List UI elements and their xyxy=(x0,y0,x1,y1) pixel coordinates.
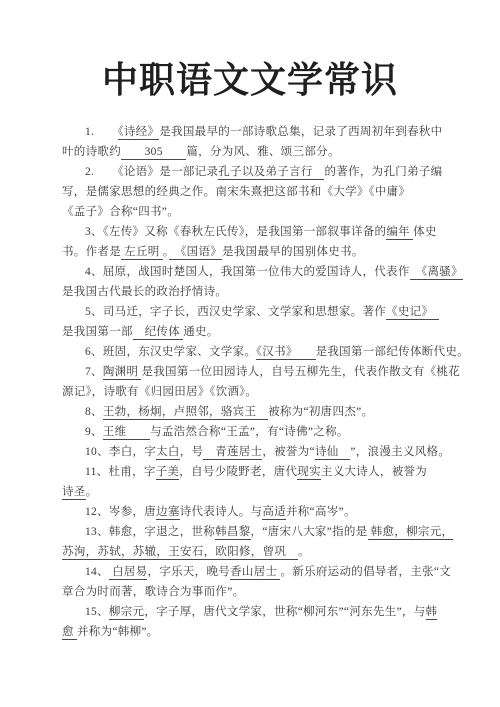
knowledge-list: 1. 《诗经》是我国最早的一部诗歌总集，记录了西周初年到春秋中叶的诗歌约 305… xyxy=(0,122,500,642)
blank-answer: 王维 xyxy=(103,426,150,440)
text-run: 12、岑参，唐 xyxy=(85,506,156,518)
text-run: ，号 xyxy=(180,446,204,458)
list-item: 12、岑参，唐边塞诗代表诗人。与高适并称“高岑”。 xyxy=(62,502,480,522)
text-run: ，字子厚，唐代文学家，世称“柳河东”“河东先生”，与 xyxy=(144,606,425,618)
blank-answer: 香山居士 xyxy=(230,566,280,580)
text-run: 并称“高岑”。 xyxy=(286,506,356,518)
text-run: 《孟子》合称“四书”。 xyxy=(62,206,179,218)
blank-answer: 《国语》 xyxy=(169,246,222,260)
text-run: 体史 xyxy=(413,226,437,238)
text-run: 主义大诗人，被誉为 xyxy=(321,466,427,478)
text-run: 是我国古代最长的政治抒情诗。 xyxy=(62,286,227,298)
blank-answer: 韩愈，柳宗元， xyxy=(368,526,454,540)
text-run: 书。作者是 xyxy=(62,246,121,258)
blank-answer: 《史记》 xyxy=(386,306,439,320)
text-run: 与孟浩然合称“王孟”，有“诗佛”之称。 xyxy=(150,426,349,438)
text-run: 。 xyxy=(298,546,310,558)
list-item: 2. 《论语》是一部记录孔子以及弟子言行 的著作，为孔门弟子编写，是儒家思想的经… xyxy=(62,162,480,222)
text-run: 2. xyxy=(85,166,118,178)
blank-answer: 现实 xyxy=(297,466,321,480)
text-run: 1. xyxy=(85,126,118,138)
blank-answer: 韩昌黎 xyxy=(215,526,250,540)
text-run: 源记》，诗歌有《归园田居》《饮酒》。 xyxy=(62,386,257,398)
text-run: ”，浪漫主义风格。 xyxy=(350,446,450,458)
text-run: 的著作，为孔门弟子编 xyxy=(324,166,442,178)
list-item: 15、柳宗元，字子厚，唐代文学家，世称“柳河东”“河东先生”，与韩愈 并称为“韩… xyxy=(62,602,480,642)
text-run: ，被誉为“ xyxy=(262,446,315,458)
blank-answer: 苏洵，苏轼，苏辙，王安石，欧阳修，曾巩 xyxy=(62,546,298,560)
blank-answer: 韩 xyxy=(426,606,438,620)
list-item: 11、杜甫，字子美，自号少陵野老，唐代现实主义大诗人，被誉为诗圣。 xyxy=(62,462,480,502)
text-run: 被称为“初唐四杰”。 xyxy=(268,406,373,418)
text-run: ，“唐宋八大家”指的是 xyxy=(251,526,368,538)
text-run: 诗代表诗人。与 xyxy=(180,506,263,518)
blank-answer: 子美 xyxy=(156,466,180,480)
text-run: 并称为“韩柳”。 xyxy=(77,626,159,638)
blank-answer: 王勃，杨炯，卢照邻，骆宾王 xyxy=(103,406,268,420)
blank-answer: 孔子以及弟子言行 xyxy=(218,166,324,180)
list-item: 1. 《诗经》是我国最早的一部诗歌总集，记录了西周初年到春秋中叶的诗歌约 305… xyxy=(62,122,480,162)
text-run: 3、《左传》又称《春秋左氏传》，是我国第一部叙事详备的 xyxy=(85,226,386,238)
list-item: 6、班固，东汉史学家、文学家。《汉书》 是我国第一部纪传体断代史。 xyxy=(62,342,480,362)
list-item: 14、 白居易，字乐天，晚号香山居士 。新乐府运动的倡导者，主张“文章合为时而著… xyxy=(62,562,480,602)
blank-answer: 高适 xyxy=(262,506,286,520)
blank-answer: 305 xyxy=(121,146,186,160)
blank-answer: 愈 xyxy=(62,626,77,640)
blank-answer: 纪传体 xyxy=(133,326,183,340)
text-run: 7、 xyxy=(85,366,103,378)
blank-answer: 太白 xyxy=(156,446,180,460)
list-item: 9、王维 与孟浩然合称“王孟”，有“诗佛”之称。 xyxy=(62,422,480,442)
blank-answer: 诗圣 xyxy=(62,486,86,500)
blank-answer: 《汉书》 xyxy=(256,346,315,360)
text-run: 是我国最早的国别体史书。 xyxy=(222,246,364,258)
text-run: 5、司马迁，字子长，西汉史学家、文学家和思想家。著作 xyxy=(85,306,386,318)
text-run: 。 xyxy=(163,246,169,258)
text-run: 叶的诗歌约 xyxy=(62,146,121,158)
blank-answer: 《诗经》 xyxy=(118,126,159,140)
text-run: 是我国第一部纪传体断代史。 xyxy=(316,346,469,358)
blank-answer: 边塞 xyxy=(156,506,180,520)
text-run: 是我国第一位田园诗人，自号五柳先生，代表作散文有《桃花 xyxy=(141,366,460,378)
text-run: 。新乐府运动的倡导者，主张“文 xyxy=(280,566,451,578)
blank-answer: 青莲居士 xyxy=(203,446,262,460)
text-run: 15、 xyxy=(85,606,109,618)
list-item: 13、韩愈，字退之，世称韩昌黎，“唐宋八大家”指的是 韩愈，柳宗元，苏洵，苏轼，… xyxy=(62,522,480,562)
list-item: 3、《左传》又称《春秋左氏传》，是我国第一部叙事详备的编年 体史书。作者是 左丘… xyxy=(62,222,480,262)
list-item: 5、司马迁，字子长，西汉史学家、文学家和思想家。著作《史记》 是我国第一部 纪传… xyxy=(62,302,480,342)
document-page: 中职语文文学常识 1. 《诗经》是我国最早的一部诗歌总集，记录了西周初年到春秋中… xyxy=(0,0,500,707)
blank-answer: 白居易 xyxy=(109,566,148,580)
text-run: 写，是儒家思想的经典之作。南宋朱熹把这部书和《大学》《中庸》 xyxy=(62,186,410,198)
list-item: 8、王勃，杨炯，卢照邻，骆宾王 被称为“初唐四杰”。 xyxy=(62,402,480,422)
text-run: 。 xyxy=(86,486,98,498)
text-run: 篇，分为风、雅、颂三部分。 xyxy=(186,146,339,158)
text-run: 是我国最早的一部诗歌总集，记录了西周初年到春秋中 xyxy=(159,126,442,138)
blank-answer: 柳宗元 xyxy=(109,606,144,620)
text-run: 6、班固，东汉史学家、文学家。 xyxy=(85,346,256,358)
text-run: 8、 xyxy=(85,406,103,418)
blank-answer: 《离骚》 xyxy=(410,266,463,280)
text-run: 《论语》是一部记录 xyxy=(118,166,218,178)
list-item: 10、李白，字太白，号 青莲居士，被誉为“诗仙 ”，浪漫主义风格。 xyxy=(62,442,480,462)
text-run: 11、杜甫，字 xyxy=(85,466,156,478)
text-run: 通史。 xyxy=(183,326,218,338)
list-item: 7、陶渊明 是我国第一位田园诗人，自号五柳先生，代表作散文有《桃花源记》，诗歌有… xyxy=(62,362,480,402)
text-run: 4、屈原，战国时楚国人，我国第一位伟大的爱国诗人，代表作 xyxy=(85,266,410,278)
text-run: 9、 xyxy=(85,426,103,438)
text-run: 10、李白，字 xyxy=(85,446,156,458)
page-title: 中职语文文学常识 xyxy=(0,0,500,104)
text-run: ，字乐天，晚号 xyxy=(147,566,230,578)
text-run: ，自号少陵野老，唐代 xyxy=(179,466,297,478)
text-run: 是我国第一部 xyxy=(62,326,133,338)
text-run: 13、韩愈，字退之，世称 xyxy=(85,526,215,538)
text-run: 14、 xyxy=(85,566,109,578)
text-run: 章合为时而著，歌诗合为事而作”。 xyxy=(62,586,244,598)
blank-answer: 编年 xyxy=(386,226,413,240)
list-item: 4、屈原，战国时楚国人，我国第一位伟大的爱国诗人，代表作 《离骚》是我国古代最长… xyxy=(62,262,480,302)
blank-answer: 诗仙 xyxy=(315,446,350,460)
blank-answer: 陶渊明 xyxy=(103,366,142,380)
blank-answer: 左丘明 xyxy=(121,246,163,260)
